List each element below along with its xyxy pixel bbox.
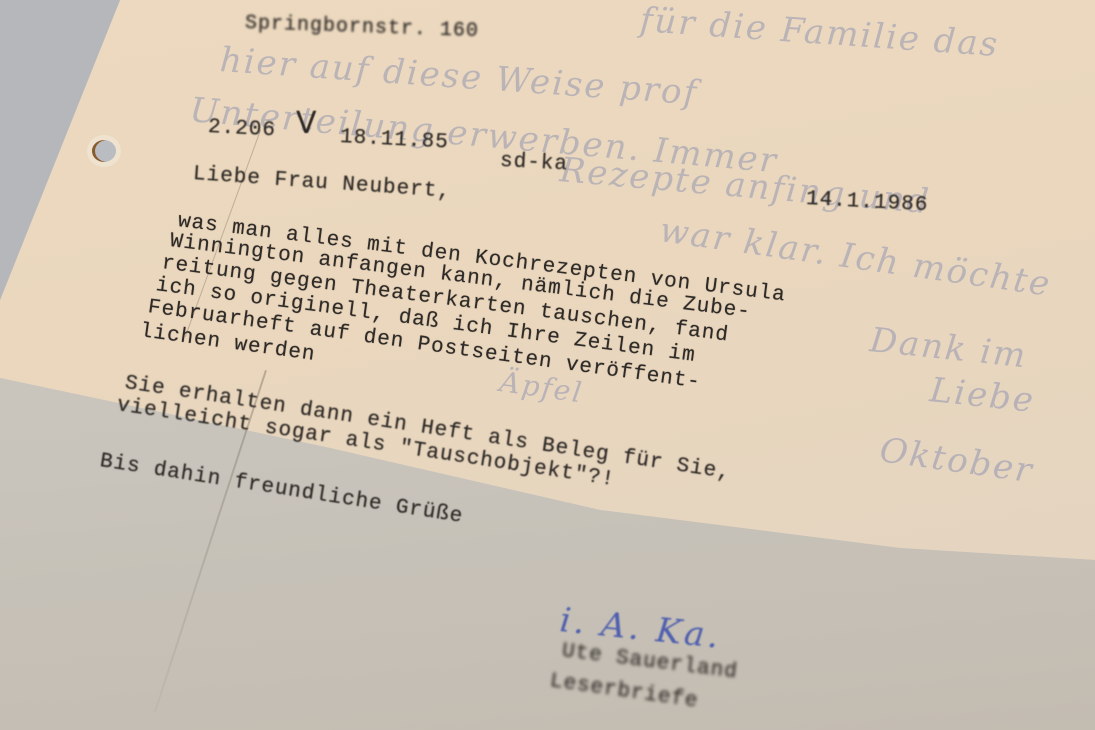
- punch-hole: [92, 140, 116, 162]
- reference-initials: sd-ka: [499, 150, 568, 177]
- check-mark: V: [296, 106, 317, 141]
- reference-number: 2.206: [207, 116, 276, 143]
